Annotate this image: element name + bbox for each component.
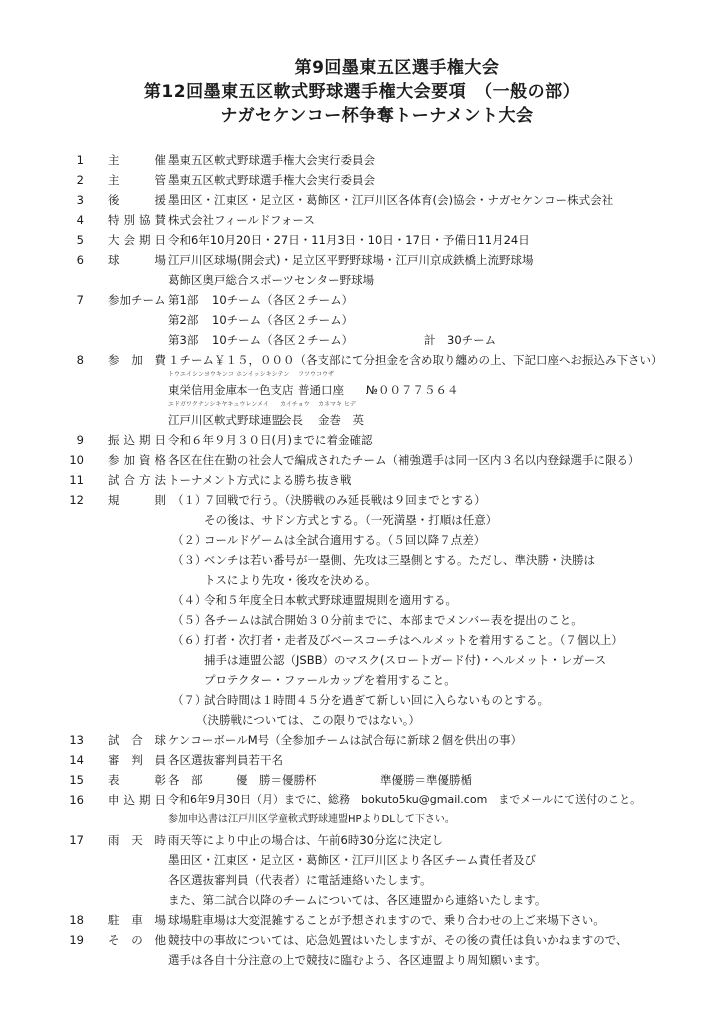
item-label: 駐車場 [108,910,166,930]
rule-text: トスにより先攻・後攻を決める。 [204,570,376,590]
rule-text: その後は、サドン方式とする。（一死満塁・打順は任意） [204,510,497,530]
bank-account: 東栄信用金庫 本一色支店 普通口座 №００７７５６４ [0,380,724,400]
item-number: 15 [58,770,84,790]
rule-text: 各チームは試合開始３０分前までに、本部までメンバー表を提出のこと。 [204,610,583,630]
item-content: 墨田区・江東区・足立区・葛飾区・江戸川区より各区チーム責任者及び [168,850,536,870]
item-content: 令和6年9月30日（月）までに、総務 bokuto5ku@gmail.com ま… [168,790,641,810]
rule-6: （６） 打者・次打者・走者及びベースコーチはヘルメットを着用すること。（７個以上… [0,630,724,650]
award-division: 各 部 [168,770,203,790]
award-winner: 優 勝＝優勝杯 [236,770,317,790]
item-content: 競技中の事故については、応急処置はいたしますが、その後の責任は負いかねますので、 [168,930,628,950]
title-line-3: ナガセケンコー杯争奪トーナメント大会 [0,104,724,128]
rule-7: （７） 試合時間は１時間４５分を過ぎて新しい回に入らないものとする。 [0,690,724,710]
item-number: 5 [58,230,84,250]
rule-text: 捕手は連盟公認（JSBB）のマスク(スロートガード付)・ヘルメット・レガース [204,650,606,670]
item-content: 雨天等により中止の場合は、午前6時30分迄に決定し [168,830,443,850]
rule-number: （７） [172,690,207,710]
item-content: 令和６年９月３０日(月)までに着金確認 [168,430,372,450]
item-content: また、第二試合以降のチームについては、各区連盟から連絡いたします。 [168,890,546,910]
item-number: 4 [58,210,84,230]
account-holder: 江戸川区軟式野球連盟 会長 金巻 英 [0,410,724,430]
item-number: 14 [58,750,84,770]
division-name: 第1部 [168,290,198,310]
rule-text: （決勝戦については、この限りではない。） [196,710,420,730]
item-content: 球場駐車場は大変混雑することが予想されますので、乗り合わせの上ご来場下さい。 [168,910,605,930]
item-label: その他 [108,930,166,950]
item-content: 各区選抜審判員若干名 [168,750,283,770]
item-ball: 13 試合球 ケンコーボールM号（全参加チームは試合毎に新球２個を供出の事） [0,730,724,750]
item-content: 墨東五区軟式野球選手権大会実行委員会 [168,170,375,190]
item-other: 19 その他 競技中の事故については、応急処置はいたしますが、その後の責任は負い… [0,930,724,950]
item-teams-div2: 第2部 10チーム（各区２チーム） [0,310,724,330]
rule-number: （５） [172,610,207,630]
rule-text: プロテクター・ファールカップを着用すること。 [204,670,456,690]
item-label: 参加チーム [108,290,166,310]
item-awards: 15 表彰 各 部 優 勝＝優勝杯 準優勝＝準優勝楯 [0,770,724,790]
item-rules: 12 規則 （１） ７回戦で行う。（決勝戦のみ延長戦は９回までとする） [0,490,724,510]
rule-number: （４） [172,590,207,610]
item-content: トーナメント方式による勝ち抜き戦 [168,470,352,490]
item-teams: 7 参加チーム 第1部 10チーム（各区２チーム） [0,290,724,310]
rule-number: （６） [172,630,207,650]
item-label: 審判員 [108,750,166,770]
item-rain-cont: また、第二試合以降のチームについては、各区連盟から連絡いたします。 [0,890,724,910]
item-label: 申込期日 [108,790,166,810]
holder-name: 金巻 英 [318,410,364,430]
account-number: №００７７５６４ [366,380,458,400]
bank-ruby: トウエイシンヨウキンコ ホンイッシキシテン フツウコウザ [0,370,724,380]
rule-cont: 捕手は連盟公認（JSBB）のマスク(スロートガード付)・ヘルメット・レガース [0,650,724,670]
document-title-block: 第9回墨東五区選手権大会 第12回墨東五区軟式野球選手権大会要項 （一般の部） … [0,56,724,128]
item-label: 試合方法 [108,470,166,490]
rule-number: （１） [172,490,207,510]
item-teams-div3: 第3部 10チーム（各区２チーム） 計 30チーム [0,330,724,350]
holder-title: 会長 [280,410,303,430]
item-payment-deadline: 9 振込期日 令和６年９月３０日(月)までに着金確認 [0,430,724,450]
holder-org: 江戸川区軟式野球連盟 [168,410,283,430]
item-label: 参加資格 [108,450,166,470]
rule-text: 試合時間は１時間４５分を過ぎて新しい回に入らないものとする。 [204,690,549,710]
bank-branch: 本一色支店 [236,380,294,400]
item-dates: 5 大会期日 令和6年10月20日・27日・11月3日・10日・17日・予備日1… [0,230,724,250]
item-label: 後援 [108,190,166,210]
rule-number: （２） [172,530,207,550]
item-venues-cont: 葛飾区奥戸総合スポーツセンター野球場 [0,270,724,290]
item-content: 株式会社フィールドフォース [168,210,315,230]
item-content: 江戸川区球場(開会式)・足立区平野野球場・江戸川京成鉄橋上流野球場 [168,250,533,270]
division-teams: 10チーム（各区２チーム） [212,290,353,310]
rule-text: 令和５年度全日本軟式野球連盟規則を適用する。 [204,590,457,610]
item-number: 1 [58,150,84,170]
item-parking: 18 駐車場 球場駐車場は大変混雑することが予想されますので、乗り合わせの上ご来… [0,910,724,930]
item-number: 12 [58,490,84,510]
item-eligibility: 10 参加資格 各区在住在勤の社会人で編成されたチーム（補強選手は同一区内３名以… [0,450,724,470]
item-label: 球場 [108,250,166,270]
item-number: 9 [58,430,84,450]
rule-4: （４） 令和５年度全日本軟式野球連盟規則を適用する。 [0,590,724,610]
item-content: 選手は各自十分注意の上で競技に臨むよう、各区連盟より周知願います。 [168,950,547,970]
item-label: 振込期日 [108,430,166,450]
item-number: 8 [58,350,84,370]
item-content: 令和6年10月20日・27日・11月3日・10日・17日・予備日11月24日 [168,230,530,250]
item-venues: 6 球場 江戸川区球場(開会式)・足立区平野野球場・江戸川京成鉄橋上流野球場 [0,250,724,270]
item-content: 葛飾区奥戸総合スポーツセンター野球場 [168,270,374,290]
item-number: 18 [58,910,84,930]
item-note: 参加申込書は江戸川区学童軟式野球連盟HPよりDLして下さい。 [168,810,455,830]
division-name: 第2部 [168,310,198,330]
item-label: 表彰 [108,770,166,790]
holder-ruby: エドガワクナンシキヤキュウレンメイ カイチョウ カネマキ ヒデ [0,400,724,410]
item-label: 大会期日 [108,230,166,250]
item-application-deadline: 16 申込期日 令和6年9月30日（月）までに、総務 bokuto5ku@gma… [0,790,724,810]
outline-items: 1 主催 墨東五区軟式野球選手権大会実行委員会 2 主管 墨東五区軟式野球選手権… [0,150,724,970]
item-label: 雨天時 [108,830,166,850]
item-other-cont: 選手は各自十分注意の上で競技に臨むよう、各区連盟より周知願います。 [0,950,724,970]
division-teams: 10チーム（各区２チーム） [212,310,353,330]
item-label: 試合球 [108,730,166,750]
item-number: 16 [58,790,84,810]
item-umpires: 14 審判員 各区選抜審判員若干名 [0,750,724,770]
item-label: 規則 [108,490,166,510]
item-fee: 8 参加費 １チーム￥１５，０００（各支部にて分担金を含め取り纏めの上、下記口座… [0,350,724,370]
account-type: 普通口座 [298,380,344,400]
item-content: 各区選抜審判員（代表者）に電話連絡いたします。 [168,870,432,890]
rule-cont: （決勝戦については、この限りではない。） [0,710,724,730]
item-number: 2 [58,170,84,190]
item-support: 3 後援 墨田区・江東区・足立区・葛飾区・江戸川区各体育(会)協会・ナガセケンコ… [0,190,724,210]
application-note: 参加申込書は江戸川区学童軟式野球連盟HPよりDLして下さい。 [0,810,724,830]
item-content: ケンコーボールM号（全参加チームは試合毎に新球２個を供出の事） [168,730,522,750]
fee-text: １チーム￥１５，０００（各支部にて分担金を含め取り纏めの上、下記口座へお振込み下… [168,350,663,370]
rule-cont: トスにより先攻・後攻を決める。 [0,570,724,590]
division-teams: 10チーム（各区２チーム） [212,330,353,350]
item-organizer: 1 主催 墨東五区軟式野球選手権大会実行委員会 [0,150,724,170]
item-number: 19 [58,930,84,950]
rule-text: ７回戦で行う。（決勝戦のみ延長戦は９回までとする） [204,490,486,510]
rule-number: （３） [172,550,207,570]
item-number: 3 [58,190,84,210]
item-label: 特別協賛 [108,210,166,230]
item-number: 7 [58,290,84,310]
item-number: 13 [58,730,84,750]
item-management: 2 主管 墨東五区軟式野球選手権大会実行委員会 [0,170,724,190]
rule-text: ベンチは若い番号が一塁側、先攻は三塁側とする。ただし、準決勝・決勝は [204,550,595,570]
item-rain-cont: 各区選抜審判員（代表者）に電話連絡いたします。 [0,870,724,890]
item-rain-cont: 墨田区・江東区・足立区・葛飾区・江戸川区より各区チーム責任者及び [0,850,724,870]
rule-3: （３） ベンチは若い番号が一塁側、先攻は三塁側とする。ただし、準決勝・決勝は [0,550,724,570]
title-line-2: 第12回墨東五区軟式野球選手権大会要項 （一般の部） [0,80,724,104]
item-special-sponsor: 4 特別協賛 株式会社フィールドフォース [0,210,724,230]
item-number: 17 [58,830,84,850]
item-content: 墨田区・江東区・足立区・葛飾区・江戸川区各体育(会)協会・ナガセケンコー株式会社 [168,190,613,210]
division-name: 第3部 [168,330,198,350]
teams-total: 計 30チーム [424,330,496,350]
item-label: 参加費 [108,350,166,370]
rule-2: （２） コールドゲームは全試合適用する。（５回以降７点差） [0,530,724,550]
title-line-1: 第9回墨東五区選手権大会 [0,56,724,80]
rule-text: コールドゲームは全試合適用する。（５回以降７点差） [204,530,485,550]
rule-text: 打者・次打者・走者及びベースコーチはヘルメットを着用すること。（７個以上） [204,630,623,650]
item-number: 11 [58,470,84,490]
item-rain: 17 雨天時 雨天等により中止の場合は、午前6時30分迄に決定し [0,830,724,850]
award-runner-up: 準優勝＝準優勝楯 [380,770,472,790]
rule-5: （５） 各チームは試合開始３０分前までに、本部までメンバー表を提出のこと。 [0,610,724,630]
item-content: 各区在住在勤の社会人で編成されたチーム（補強選手は同一区内３名以内登録選手に限る… [168,450,640,470]
bank-name: 東栄信用金庫 [168,380,237,400]
item-content: 墨東五区軟式野球選手権大会実行委員会 [168,150,375,170]
rule-cont: その後は、サドン方式とする。（一死満塁・打順は任意） [0,510,724,530]
item-number: 6 [58,250,84,270]
item-number: 10 [58,450,84,470]
rule-cont: プロテクター・ファールカップを着用すること。 [0,670,724,690]
item-format: 11 試合方法 トーナメント方式による勝ち抜き戦 [0,470,724,490]
item-label: 主管 [108,170,166,190]
item-label: 主催 [108,150,166,170]
